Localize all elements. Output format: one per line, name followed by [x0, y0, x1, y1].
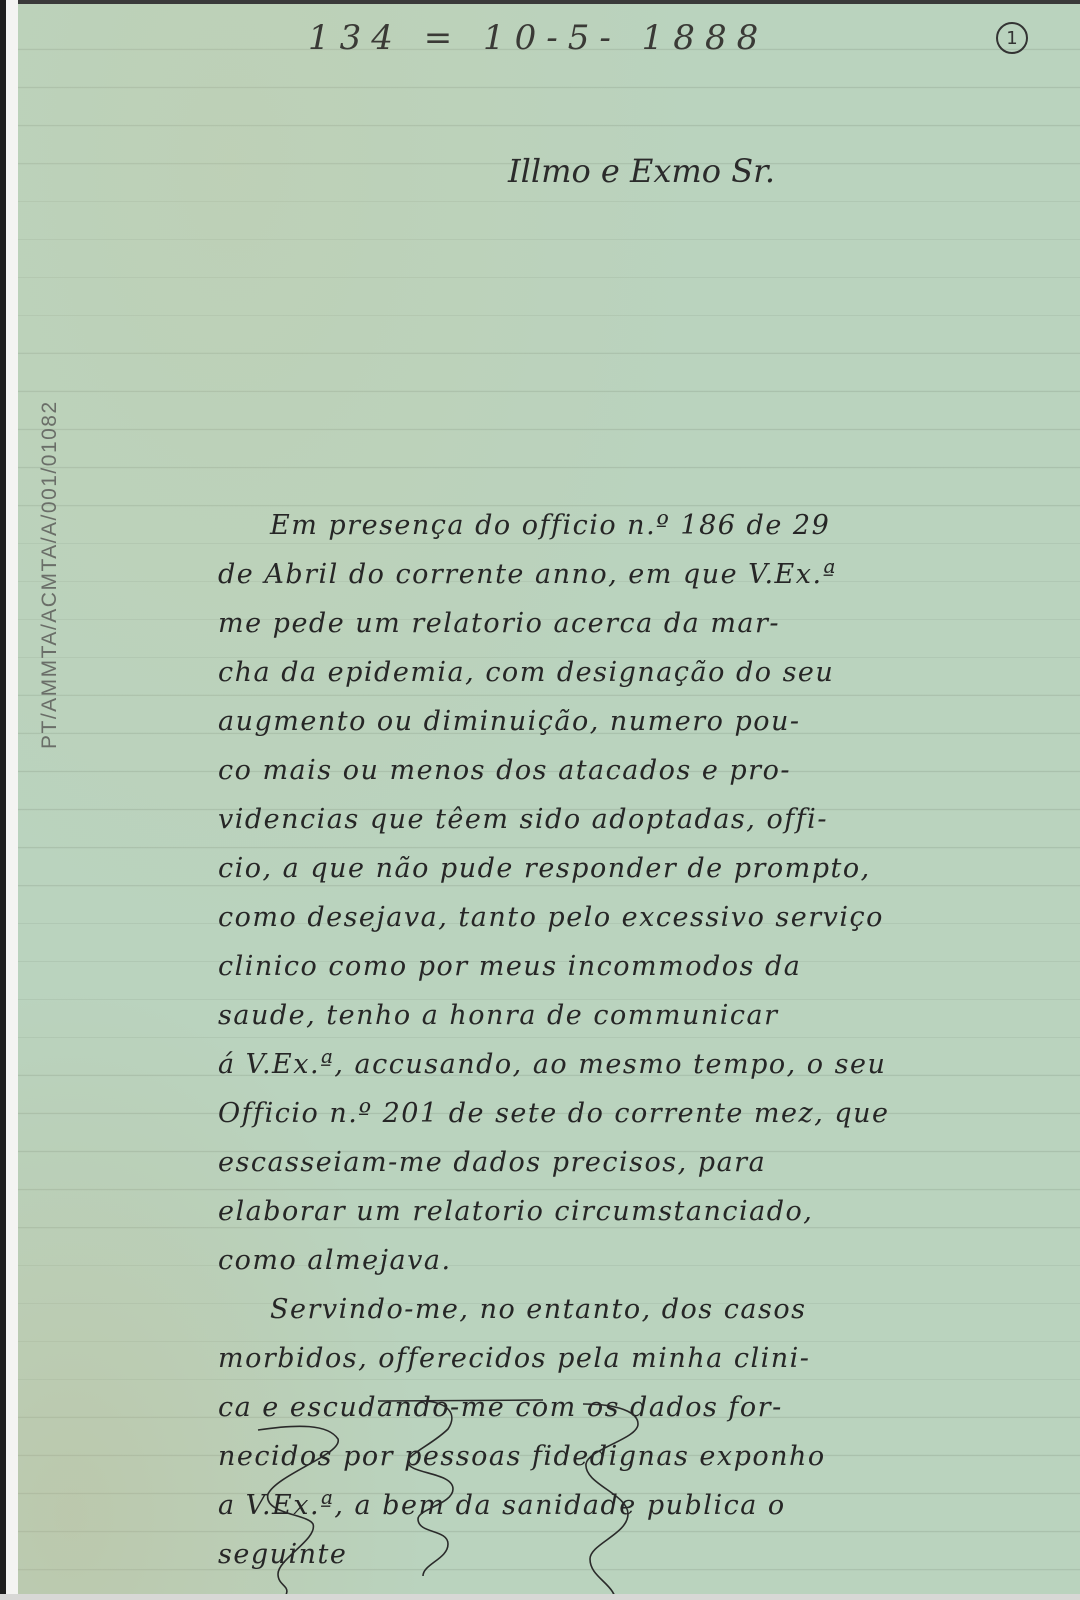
body-line: me pede um relatorio acerca da mar- [218, 599, 1068, 648]
body-line: Servindo-me, no entanto, dos casos [218, 1285, 1068, 1334]
scan-border-bottom [0, 1594, 1080, 1600]
body-line: augmento ou diminuição, numero pou- [218, 697, 1068, 746]
page-number: 1 [1006, 28, 1017, 49]
archive-reference-code: PT/AMMTA/ACMTA/A/001/01082 [38, 400, 62, 749]
body-line: como desejava, tanto pelo excessivo serv… [218, 893, 1068, 942]
body-line: Em presença do officio n.º 186 de 29 [218, 501, 1068, 550]
wavy-flourish-lines [218, 1344, 1078, 1600]
body-line: Officio n.º 201 de sete do corrente mez,… [218, 1089, 1068, 1138]
body-line: como almejava. [218, 1236, 1068, 1285]
reference-header: 134 = 10-5- 1888 [308, 18, 768, 58]
salutation: Illmo e Exmo Sr. [508, 152, 775, 190]
document-page: 134 = 10-5- 1888 1 PT/AMMTA/ACMTA/A/001/… [18, 4, 1080, 1594]
body-line: á V.Ex.ª, accusando, ao mesmo tempo, o s… [218, 1040, 1068, 1089]
body-line: cha da epidemia, com designação do seu [218, 648, 1068, 697]
scan-margin-left [6, 0, 18, 1600]
body-line: saude, tenho a honra de communicar [218, 991, 1068, 1040]
body-line: videncias que têem sido adoptadas, offi- [218, 795, 1068, 844]
body-line: de Abril do corrente anno, em que V.Ex.ª [218, 550, 1068, 599]
body-line: escasseiam-me dados precisos, para [218, 1138, 1068, 1187]
page-number-circle: 1 [996, 22, 1028, 54]
body-line: co mais ou menos dos atacados e pro- [218, 746, 1068, 795]
body-line: clinico como por meus incommodos da [218, 942, 1068, 991]
body-line: cio, a que não pude responder de prompto… [218, 844, 1068, 893]
body-line: elaborar um relatorio circumstanciado, [218, 1187, 1068, 1236]
